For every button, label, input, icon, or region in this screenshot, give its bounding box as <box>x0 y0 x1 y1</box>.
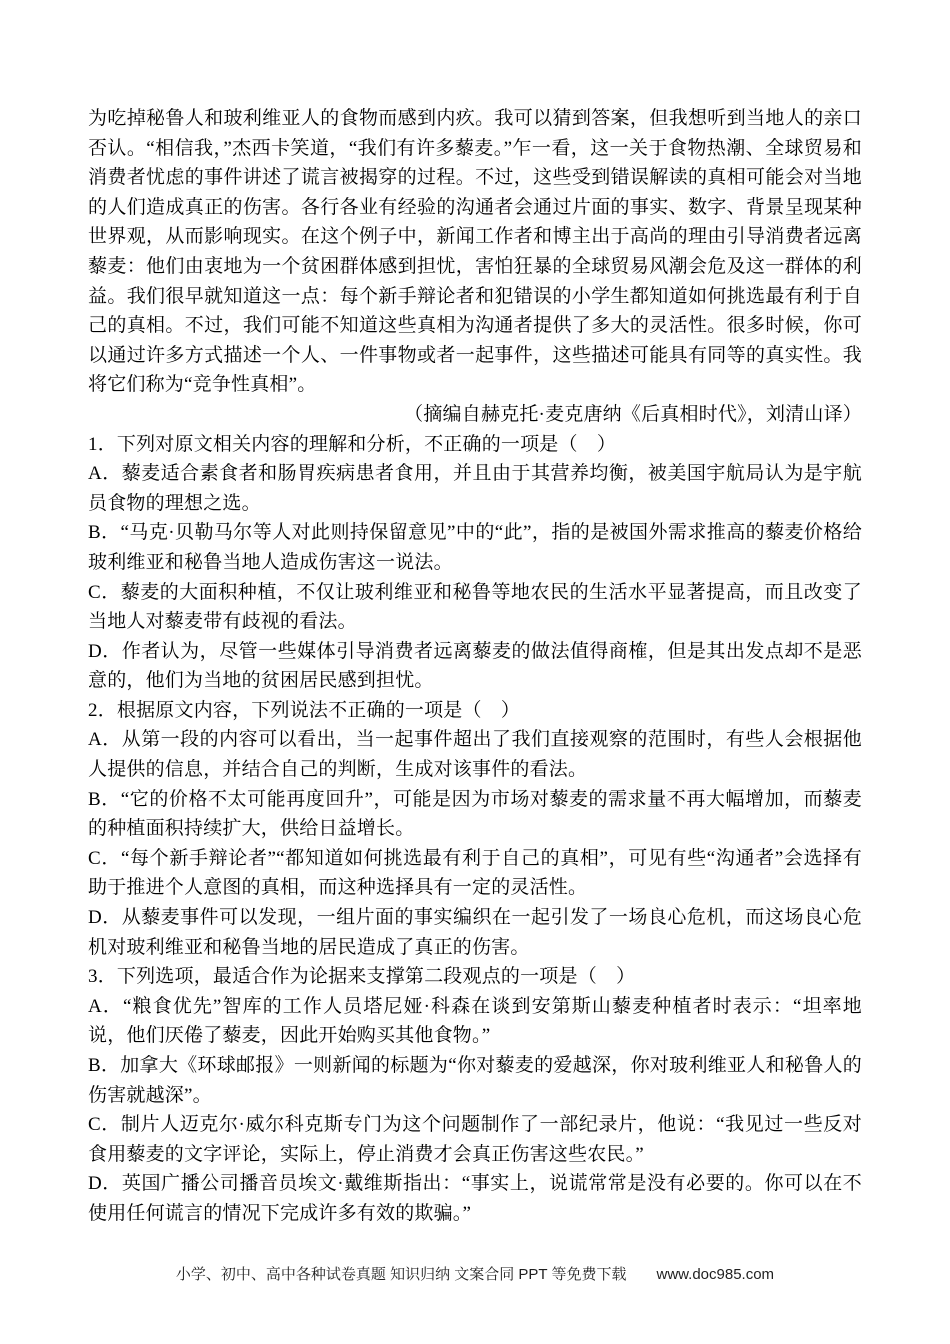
question-2-stem: 2．根据原文内容，下列说法不正确的一项是（ ） <box>88 696 862 726</box>
page-footer: 小学、初中、高中各种试卷真题 知识归纳 文案合同 PPT 等免费下载www.do… <box>0 1264 950 1286</box>
question-3-stem: 3．下列选项，最适合作为论据来支撑第二段观点的一项是（ ） <box>88 962 862 992</box>
question-1: 1．下列对原文相关内容的理解和分析，不正确的一项是（ ） A．藜麦适合素食者和肠… <box>88 430 862 696</box>
question-3-option-d: D．英国广播公司播音员埃文·戴维斯指出：“事实上，说谎常常是没有必要的。你可以在… <box>88 1169 862 1228</box>
question-2-option-d: D．从藜麦事件可以发现，一组片面的事实编织在一起引发了一场良心危机，而这场良心危… <box>88 903 862 962</box>
passage-attribution: （摘编自赫克托·麦克唐纳《后真相时代》，刘清山译） <box>88 400 862 430</box>
footer-website-url: www.doc985.com <box>657 1264 775 1286</box>
footer-services-text: 小学、初中、高中各种试卷真题 知识归纳 文案合同 PPT 等免费下载 <box>176 1266 627 1283</box>
question-1-option-a: A．藜麦适合素食者和肠胃疾病患者食用，并且由于其营养均衡，被美国宇航局认为是宇航… <box>88 459 862 518</box>
question-2: 2．根据原文内容，下列说法不正确的一项是（ ） A．从第一段的内容可以看出，当一… <box>88 696 862 962</box>
exam-page-body: 为吃掉秘鲁人和玻利维亚人的食物而感到内疚。我可以猜到答案，但我想听到当地人的亲口… <box>88 104 862 1229</box>
question-1-option-b: B．“马克·贝勒马尔等人对此则持保留意见”中的“此”，指的是被国外需求推高的藜麦… <box>88 518 862 577</box>
question-2-option-b: B．“它的价格不太可能再度回升”，可能是因为市场对藜麦的需求量不再大幅增加，而藜… <box>88 785 862 844</box>
question-2-option-c: C．“每个新手辩论者”“都知道如何挑选最有利于自己的真相”，可见有些“沟通者”会… <box>88 844 862 903</box>
question-1-stem: 1．下列对原文相关内容的理解和分析，不正确的一项是（ ） <box>88 430 862 460</box>
question-1-option-c: C．藜麦的大面积种植，不仅让玻利维亚和秘鲁等地农民的生活水平显著提高，而且改变了… <box>88 578 862 637</box>
question-3-option-a: A．“粮食优先”智库的工作人员塔尼娅·科森在谈到安第斯山藜麦种植者时表示：“坦率… <box>88 992 862 1051</box>
question-3: 3．下列选项，最适合作为论据来支撑第二段观点的一项是（ ） A．“粮食优先”智库… <box>88 962 862 1228</box>
passage-paragraph: 为吃掉秘鲁人和玻利维亚人的食物而感到内疚。我可以猜到答案，但我想听到当地人的亲口… <box>88 104 862 400</box>
question-3-option-c: C．制片人迈克尔·威尔科克斯专门为这个问题制作了一部纪录片，他说：“我见过一些反… <box>88 1110 862 1169</box>
question-2-option-a: A．从第一段的内容可以看出，当一起事件超出了我们直接观察的范围时，有些人会根据他… <box>88 725 862 784</box>
question-1-option-d: D．作者认为，尽管一些媒体引导消费者远离藜麦的做法值得商榷，但是其出发点却不是恶… <box>88 637 862 696</box>
question-3-option-b: B．加拿大《环球邮报》一则新闻的标题为“你对藜麦的爱越深，你对玻利维亚人和秘鲁人… <box>88 1051 862 1110</box>
